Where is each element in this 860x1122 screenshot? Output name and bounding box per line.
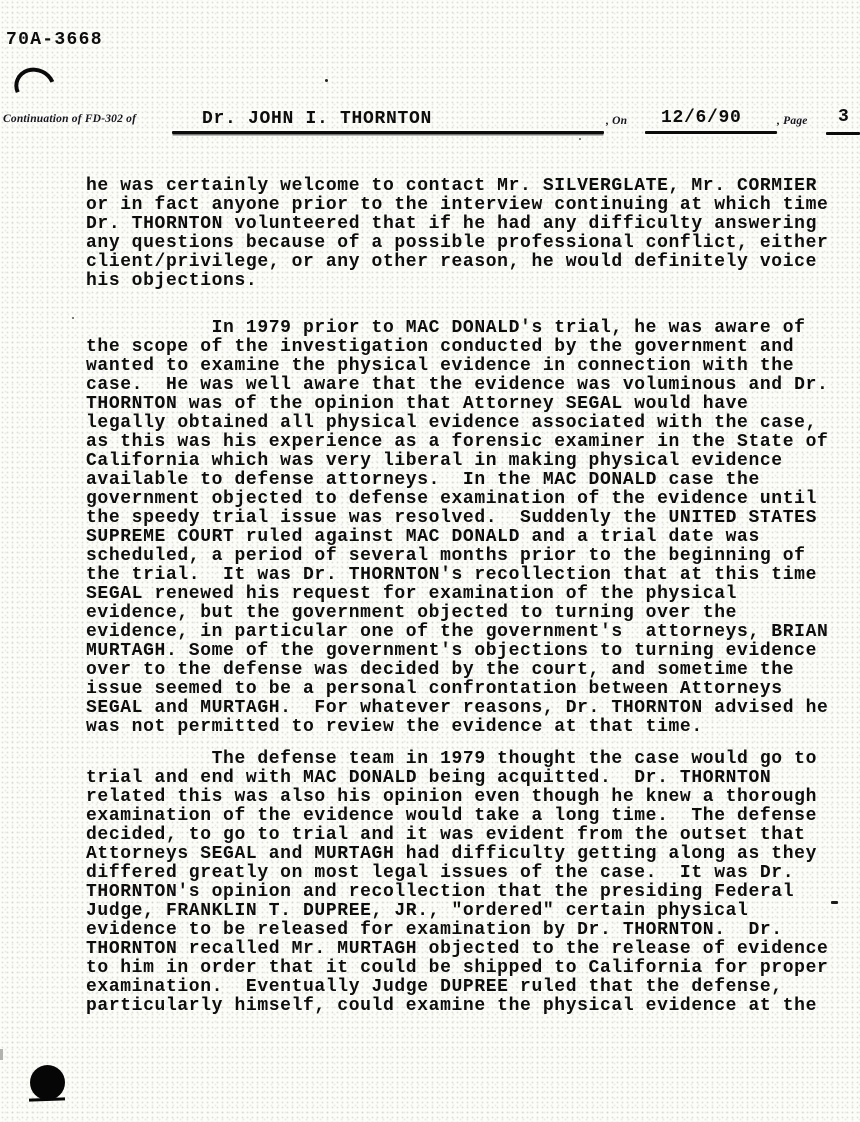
paragraph-1979-investigation: In 1979 prior to MAC DONALD's trial, he … — [86, 319, 856, 737]
document-body: he was certainly welcome to contact Mr. … — [86, 177, 856, 1016]
continuation-of-fd302-label: Continuation of FD-302 of — [3, 113, 136, 125]
paragraph-defense-team: The defense team in 1979 thought the cas… — [86, 750, 856, 1016]
case-number: 70A-3668 — [6, 30, 103, 50]
page-label: , Page — [777, 115, 808, 127]
subject-underline — [172, 131, 604, 134]
scanned-document-page: 70A-3668 Continuation of FD-302 of Dr. J… — [0, 0, 860, 1122]
hole-punch-mark — [30, 1065, 65, 1100]
scan-speck — [325, 79, 328, 82]
pen-arc-mark — [8, 61, 62, 113]
on-label: , On — [606, 115, 627, 127]
page-edge-tick — [0, 1049, 3, 1060]
date-underline — [645, 131, 777, 134]
subject-name: Dr. JOHN I. THORNTON — [202, 109, 432, 129]
scan-speck — [579, 138, 581, 140]
scan-speck — [72, 317, 74, 319]
interview-date: 12/6/90 — [661, 108, 742, 128]
scan-dash-mark — [831, 901, 838, 904]
page-underline — [826, 132, 860, 135]
paragraph-objections: he was certainly welcome to contact Mr. … — [86, 177, 856, 291]
page-number: 3 — [838, 107, 850, 127]
hole-punch-stem-mark — [29, 1097, 65, 1101]
